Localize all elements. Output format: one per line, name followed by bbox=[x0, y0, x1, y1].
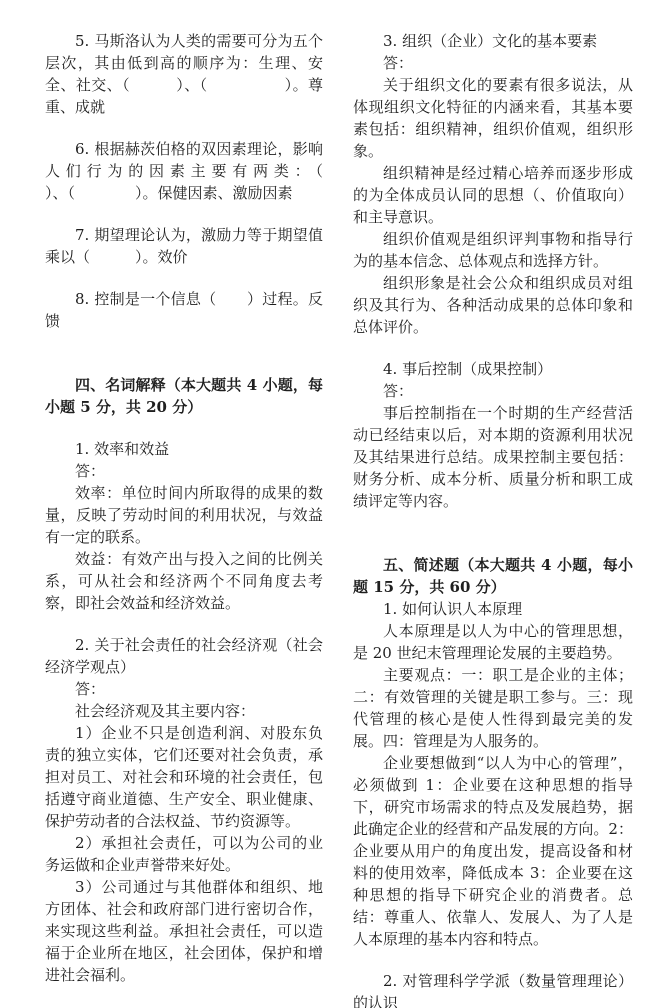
answer-paragraph: 1）企业不只是创造利润、对股东负责的独立实体，它们还要对社会负责，承担对员工、对… bbox=[45, 722, 323, 832]
answer-label: 答： bbox=[45, 460, 323, 482]
answer-label: 答： bbox=[45, 678, 323, 700]
question-item: 1. 如何认识人本原理 bbox=[353, 598, 633, 620]
column-left: 5. 马斯洛认为人类的需要可分为五个层次，其由低到高的顺序为：生理、安全、社交、… bbox=[45, 30, 323, 1008]
question-item: 3. 组织（企业）文化的基本要素 bbox=[353, 30, 633, 52]
answer-paragraph: 3）公司通过与其他群体和组织、地方团体、社会和政府部门进行密切合作，来实现这些利… bbox=[45, 876, 323, 986]
answer-paragraph: 企业要想做到“以人为中心的管理”，必须做到 1：企业要在这种思想的指导下，研究市… bbox=[353, 752, 633, 950]
question-item: 6. 根据赫茨伯格的双因素理论，影响人们行为的因素主要有两类：（ ）、（ ）。保… bbox=[45, 138, 323, 204]
answer-paragraph: 组织价值观是组织评判事物和指导行为的基本信念、总体观点和选择方针。 bbox=[353, 228, 633, 272]
question-item: 7. 期望理论认为，激励力等于期望值乘以（ ）。效价 bbox=[45, 224, 323, 268]
question-item: 5. 马斯洛认为人类的需要可分为五个层次，其由低到高的顺序为：生理、安全、社交、… bbox=[45, 30, 323, 118]
document-page: 5. 马斯洛认为人类的需要可分为五个层次，其由低到高的顺序为：生理、安全、社交、… bbox=[0, 0, 650, 1008]
answer-paragraph: 效率：单位时间内所取得的成果的数量，反映了劳动时间的利用状况，与效益有一定的联系… bbox=[45, 482, 323, 548]
answer-paragraph: 关于组织文化的要素有很多说法，从体现组织文化特征的内涵来看，其基本要素包括：组织… bbox=[353, 74, 633, 162]
question-item: 4. 事后控制（成果控制） bbox=[353, 358, 633, 380]
section-heading: 五、简述题（本大题共 4 小题，每小题 15 分，共 60 分） bbox=[353, 554, 633, 598]
question-item: 1. 效率和效益 bbox=[45, 438, 323, 460]
answer-paragraph: 人本原理是以人为中心的管理思想，是 20 世纪末管理理论发展的主要趋势。 bbox=[353, 620, 633, 664]
answer-paragraph: 组织精神是经过精心培养而逐步形成的为全体成员认同的思想（、价值取向）和主导意识。 bbox=[353, 162, 633, 228]
answer-paragraph: 效益：有效产出与投入之间的比例关系，可从社会和经济两个不同角度去考察，即社会效益… bbox=[45, 548, 323, 614]
question-item: 2. 对管理科学学派（数量管理理论）的认识 bbox=[353, 970, 633, 1008]
answer-paragraph: 社会经济观及其主要内容： bbox=[45, 700, 323, 722]
answer-paragraph: 事后控制指在一个时期的生产经营活动已经结束以后，对本期的资源利用状况及其结果进行… bbox=[353, 402, 633, 512]
answer-paragraph: 2）承担社会责任，可以为公司的业务运做和企业声誉带来好处。 bbox=[45, 832, 323, 876]
question-item: 2. 关于社会责任的社会经济观（社会经济学观点） bbox=[45, 634, 323, 678]
column-right: 3. 组织（企业）文化的基本要素答：关于组织文化的要素有很多说法，从体现组织文化… bbox=[353, 30, 633, 1008]
answer-label: 答： bbox=[353, 52, 633, 74]
section-heading: 四、名词解释（本大题共 4 小题，每小题 5 分，共 20 分） bbox=[45, 374, 323, 418]
answer-paragraph: 组织形象是社会公众和组织成员对组织及其行为、各种活动成果的总体印象和总体评价。 bbox=[353, 272, 633, 338]
question-item: 8. 控制是一个信息（ ）过程。反馈 bbox=[45, 288, 323, 332]
answer-label: 答： bbox=[353, 380, 633, 402]
answer-paragraph: 主要观点：一：职工是企业的主体；二：有效管理的关键是职工参与。三：现代管理的核心… bbox=[353, 664, 633, 752]
